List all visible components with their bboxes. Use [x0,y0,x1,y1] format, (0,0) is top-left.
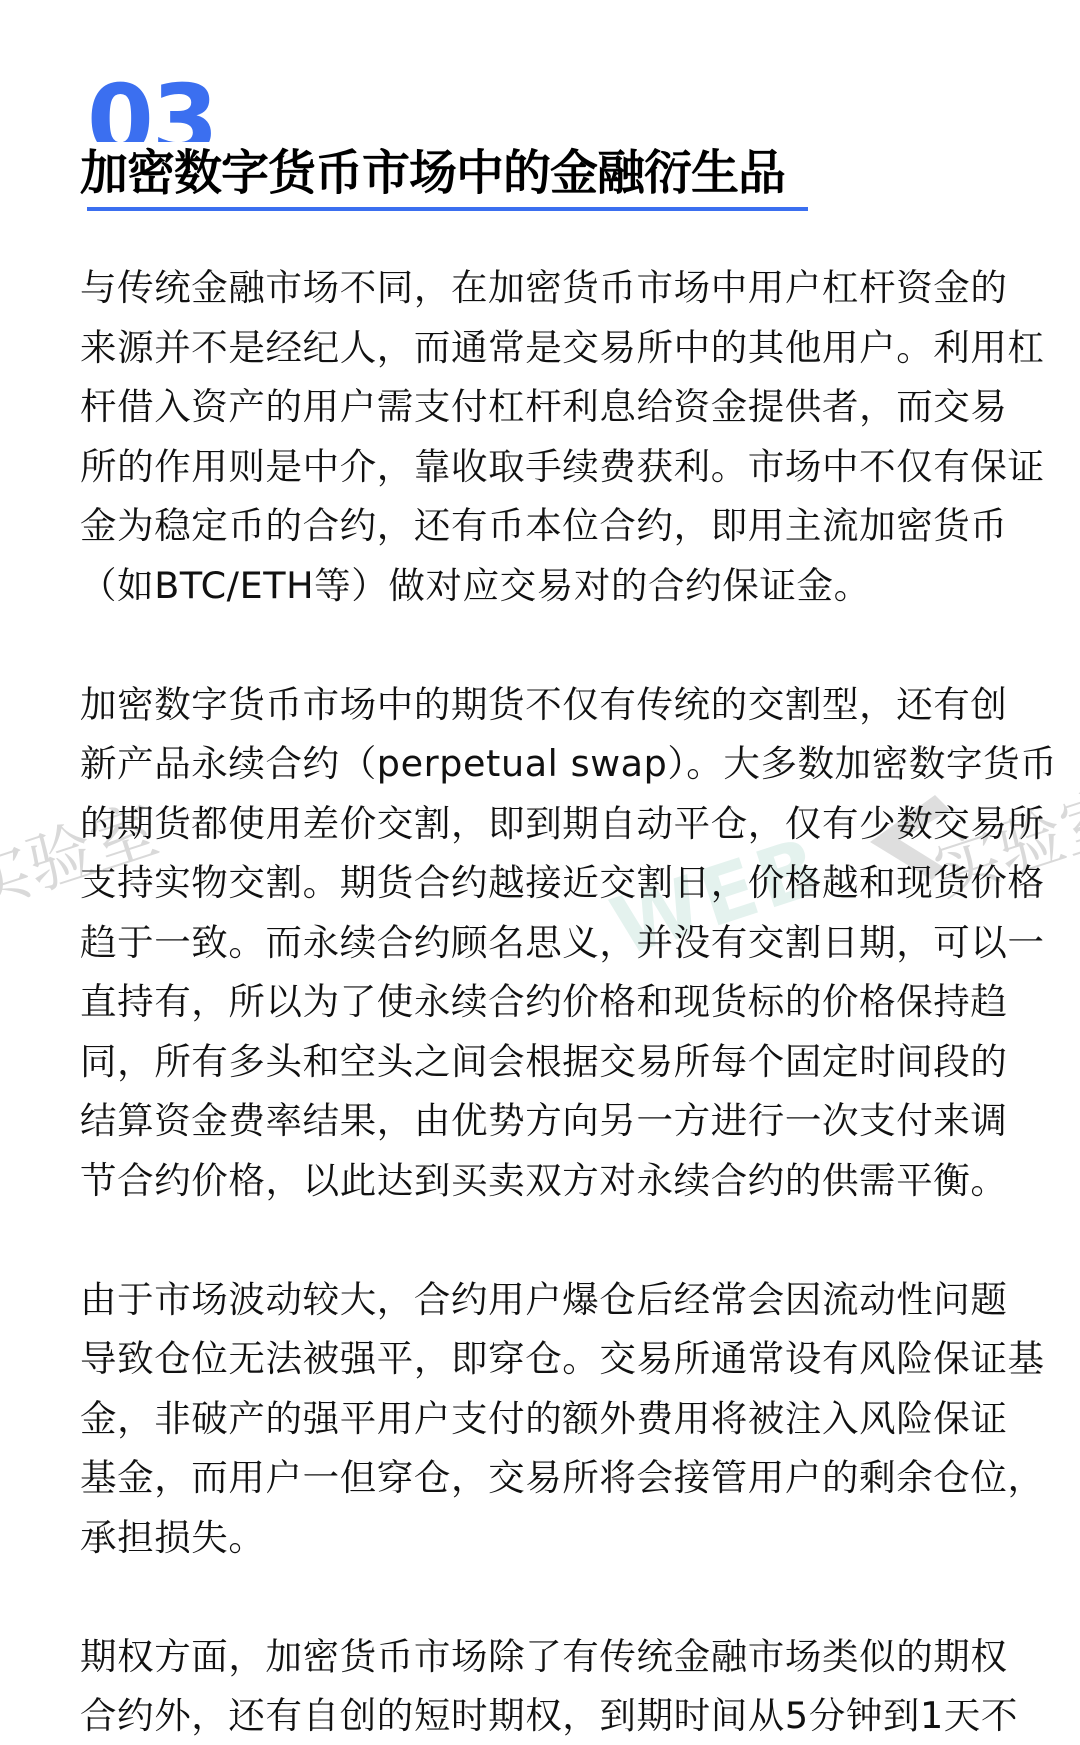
paragraph-line: 趋于一致。而永续合约顾名思义，并没有交割日期，可以一 [80,913,1000,973]
paragraph-line: 加密数字货币市场中的期货不仅有传统的交割型，还有创 [80,675,1000,735]
paragraph-line: 导致仓位无法被强平，即穿仓。交易所通常设有风险保证基 [80,1329,1000,1389]
section-title: 加密数字货币市场中的金融衍生品 [80,138,785,208]
paragraph-line: 结算资金费率结果，由优势方向另一方进行一次支付来调 [80,1091,1000,1151]
paragraph-futures: 加密数字货币市场中的期货不仅有传统的交割型，还有创 新产品永续合约（perpet… [80,675,1000,1211]
paragraph-line: 节合约价格，以此达到买卖双方对永续合约的供需平衡。 [80,1151,1000,1211]
paragraph-line: 期权方面，加密货币市场除了有传统金融市场类似的期权 [80,1627,1000,1687]
paragraph-line: 支持实物交割。期货合约越接近交割日，价格越和现货价格 [80,853,1000,913]
paragraph-line: 杆借入资产的用户需支付杠杆利息给资金提供者，而交易 [80,377,1000,437]
paragraph-line: 与传统金融市场不同，在加密货币市场中用户杠杆资金的 [80,258,1000,318]
paragraph-options: 期权方面，加密货币市场除了有传统金融市场类似的期权 合约外，还有自创的短时期权，… [80,1627,1000,1745]
paragraph-line: 承担损失。 [80,1508,1000,1568]
paragraph-liquidation: 由于市场波动较大，合约用户爆仓后经常会因流动性问题 导致仓位无法被强平，即穿仓。… [80,1270,1000,1568]
paragraph-line: 来源并不是经纪人，而通常是交易所中的其他用户。利用杠 [80,318,1000,378]
article-body: 与传统金融市场不同，在加密货币市场中用户杠杆资金的 来源并不是经纪人，而通常是交… [80,258,1000,1745]
paragraph-line: 金，非破产的强平用户支付的额外费用将被注入风险保证 [80,1389,1000,1449]
paragraph-line: 直持有，所以为了使永续合约价格和现货标的价格保持趋 [80,972,1000,1032]
section-number: 03 [87,70,217,142]
title-underline [87,207,808,211]
paragraph-line: 基金，而用户一但穿仓，交易所将会接管用户的剩余仓位， [80,1448,1000,1508]
paragraph-line: 同，所有多头和空头之间会根据交易所每个固定时间段的 [80,1032,1000,1092]
paragraph-line: 合约外，还有自创的短时期权，到期时间从5分钟到1天不 [80,1686,1000,1745]
paragraph-line: 所的作用则是中介，靠收取手续费获利。市场中不仅有保证 [80,437,1000,497]
paragraph-line: 由于市场波动较大，合约用户爆仓后经常会因流动性问题 [80,1270,1000,1330]
paragraph-line: 金为稳定币的合约，还有币本位合约，即用主流加密货币 [80,496,1000,556]
paragraph-line: （如BTC/ETH等）做对应交易对的合约保证金。 [80,556,1000,616]
paragraph-line: 新产品永续合约（perpetual swap）。大多数加密数字货币 [80,734,1000,794]
paragraph-leverage: 与传统金融市场不同，在加密货币市场中用户杠杆资金的 来源并不是经纪人，而通常是交… [80,258,1000,615]
paragraph-line: 的期货都使用差价交割，即到期自动平仓，仅有少数交易所 [80,794,1000,854]
